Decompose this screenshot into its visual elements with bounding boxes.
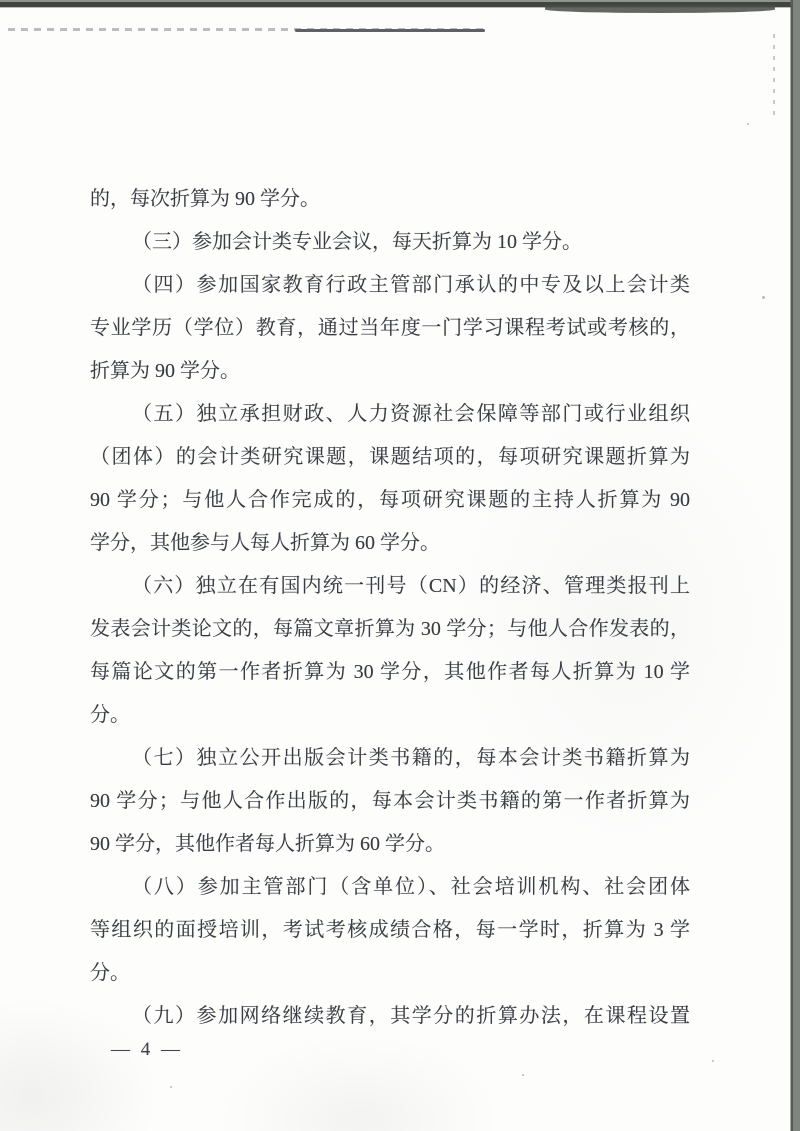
document-line: （八）参加主管部门（含单位）、社会培训机构、社会团体 [90,866,690,909]
scan-speck [762,296,765,299]
scan-speck [170,1086,172,1088]
document-line: 90 学分；与他人合作出版的，每本会计类书籍的第一作者折算为 [90,780,690,823]
document-line: （五）独立承担财政、人力资源社会保障等部门或行业组织 [90,393,690,436]
document-line: （六）独立在有国内统一刊号（CN）的经济、管理类报刊上 [90,565,690,608]
scan-right-edge [788,0,800,1131]
document-line: 学分，其他参与人每人折算为 60 学分。 [90,522,690,565]
scan-top-edge-shadow [545,5,775,13]
scan-artifact-vertical-dashes [773,34,775,119]
document-line: 专业学历（学位）教育，通过当年度一门学习课程考试或考核的， [90,307,690,350]
document-line: （四）参加国家教育行政主管部门承认的中专及以上会计类 [90,264,690,307]
scan-artifact-streak-dark [295,29,485,32]
page-number: — 4 — [111,1036,183,1064]
document-line: 90 学分；与他人合作完成的，每项研究课题的主持人折算为 90 [90,479,690,522]
document-line: 的，每次折算为 90 学分。 [90,178,690,221]
document-line: 90 学分，其他作者每人折算为 60 学分。 [90,823,690,866]
document-line: 折算为 90 学分。 [90,350,690,393]
document-line: 分。 [90,694,690,737]
document-line: （九）参加网络继续教育，其学分的折算办法，在课程设置 [90,995,690,1038]
scan-speck [747,123,749,125]
document-line: （团体）的会计类研究课题，课题结项的，每项研究课题折算为 [90,436,690,479]
document-line: 发表会计类论文的，每篇文章折算为 30 学分；与他人合作发表的， [90,608,690,651]
document-line: 等组织的面授培训，考试考核成绩合格，每一学时，折算为 3 学 [90,909,690,952]
document-line: 每篇论文的第一作者折算为 30 学分，其他作者每人折算为 10 学 [90,651,690,694]
document-body: 的，每次折算为 90 学分。 （三）参加会计类专业会议，每天折算为 10 学分。… [90,178,690,1038]
document-line: （三）参加会计类专业会议，每天折算为 10 学分。 [90,221,690,264]
document-line: 分。 [90,952,690,995]
scan-speck [712,1060,714,1062]
scan-speck [522,1074,524,1076]
document-line: （七）独立公开出版会计类书籍的，每本会计类书籍折算为 [90,737,690,780]
scanned-document-page: 的，每次折算为 90 学分。 （三）参加会计类专业会议，每天折算为 10 学分。… [0,0,800,1131]
